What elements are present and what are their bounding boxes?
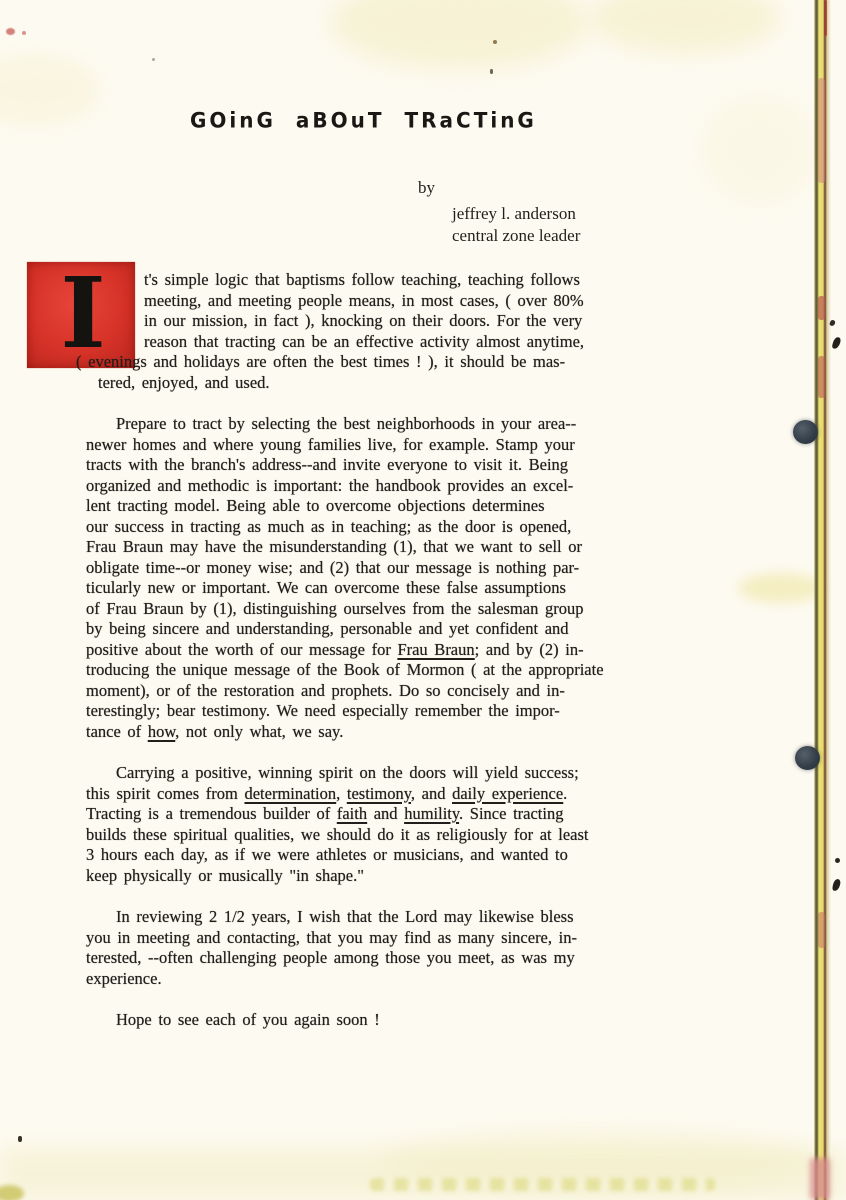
text-line: tracts with the branch's address--and in…: [86, 455, 786, 476]
bleed-through-smudge: [370, 1178, 715, 1191]
paper-stain: [590, 0, 780, 55]
text-line: meeting, and meeting people means, in mo…: [144, 291, 786, 312]
text-line: Prepare to tract by selecting the best n…: [116, 414, 786, 435]
text-line: troducing the unique message of the Book…: [86, 660, 786, 681]
text-line: in our mission, in fact ), knocking on t…: [144, 311, 786, 332]
text-line: t's simple logic that baptisms follow te…: [144, 270, 786, 291]
paper-stain: [380, 1130, 810, 1190]
paper-stain: [700, 95, 820, 205]
text-line: organized and methodic is important: the…: [86, 476, 786, 497]
text-line: terestingly; bear testimony. We need esp…: [86, 701, 786, 722]
paper-stain: [0, 1148, 846, 1200]
text-line: terested, --often challenging people amo…: [86, 948, 786, 969]
body-paragraphs: t's simple logic that baptisms follow te…: [86, 270, 786, 1031]
text-line: In reviewing 2 1/2 years, I wish that th…: [116, 907, 786, 928]
text-line: 3 hours each day, as if we were athletes…: [86, 845, 786, 866]
paper-stain: [0, 1185, 24, 1200]
ink-speck: [832, 336, 842, 349]
punch-hole-top: [793, 420, 818, 444]
paragraph: t's simple logic that baptisms follow te…: [86, 270, 786, 393]
text-line: ( evenings and holidays are often the be…: [76, 352, 786, 373]
text-line: moment), or of the restoration and proph…: [86, 681, 786, 702]
text-line: newer homes and where young families liv…: [86, 435, 786, 456]
text-line: Hope to see each of you again soon !: [116, 1010, 786, 1031]
paragraph: Prepare to tract by selecting the best n…: [86, 414, 786, 742]
red-pen-speck: [6, 28, 15, 35]
ink-speck: [835, 858, 840, 863]
text-line: positive about the worth of our message …: [86, 640, 786, 661]
text-line: of Frau Braun by (1), distinguishing our…: [86, 599, 786, 620]
text-line: Tracting is a tremendous builder of fait…: [86, 804, 786, 825]
ink-speck: [832, 878, 841, 891]
text-line: Frau Braun may have the misunderstanding…: [86, 537, 786, 558]
paragraph: Carrying a positive, winning spirit on t…: [86, 763, 786, 886]
ink-speck: [152, 58, 155, 61]
text-line: our success in tracting as much as in te…: [86, 517, 786, 538]
page-edge-stripe: [814, 0, 832, 1200]
page-title: GOinG aBOuT TRaCTinG: [190, 107, 537, 133]
text-line: builds these spiritual qualities, we sho…: [86, 825, 786, 846]
ink-speck: [18, 1136, 22, 1142]
text-line: obligate time--or money wise; and (2) th…: [86, 558, 786, 579]
paper-stain: [0, 55, 100, 125]
ink-speck: [493, 40, 497, 44]
paragraph: In reviewing 2 1/2 years, I wish that th…: [86, 907, 786, 989]
byline-author: jeffrey l. anderson: [452, 203, 580, 225]
red-pen-speck: [22, 31, 26, 35]
text-line: tered, enjoyed, and used.: [98, 373, 786, 394]
paper-stain: [330, 0, 590, 70]
text-line: experience.: [86, 969, 786, 990]
byline-by: by: [418, 178, 435, 198]
punch-hole-bottom: [795, 746, 820, 770]
text-line: Carrying a positive, winning spirit on t…: [116, 763, 786, 784]
text-line: reason that tracting can be an effective…: [144, 332, 786, 353]
scanned-document-page: GOinG aBOuT TRaCTinG by jeffrey l. ander…: [0, 0, 846, 1200]
text-line: you in meeting and contacting, that you …: [86, 928, 786, 949]
byline-author-block: jeffrey l. anderson central zone leader: [452, 203, 580, 247]
text-line: ticularly new or important. We can overc…: [86, 578, 786, 599]
ink-speck: [490, 69, 493, 74]
text-line: by being sincere and understanding, pers…: [86, 619, 786, 640]
text-line: this spirit comes from determination, te…: [86, 784, 786, 805]
paragraph: Hope to see each of you again soon !: [86, 1010, 786, 1031]
byline-role: central zone leader: [452, 225, 580, 247]
text-line: lent tracting model. Being able to overc…: [86, 496, 786, 517]
text-line: tance of how, not only what, we say.: [86, 722, 786, 743]
text-line: keep physically or musically "in shape.": [86, 866, 786, 887]
